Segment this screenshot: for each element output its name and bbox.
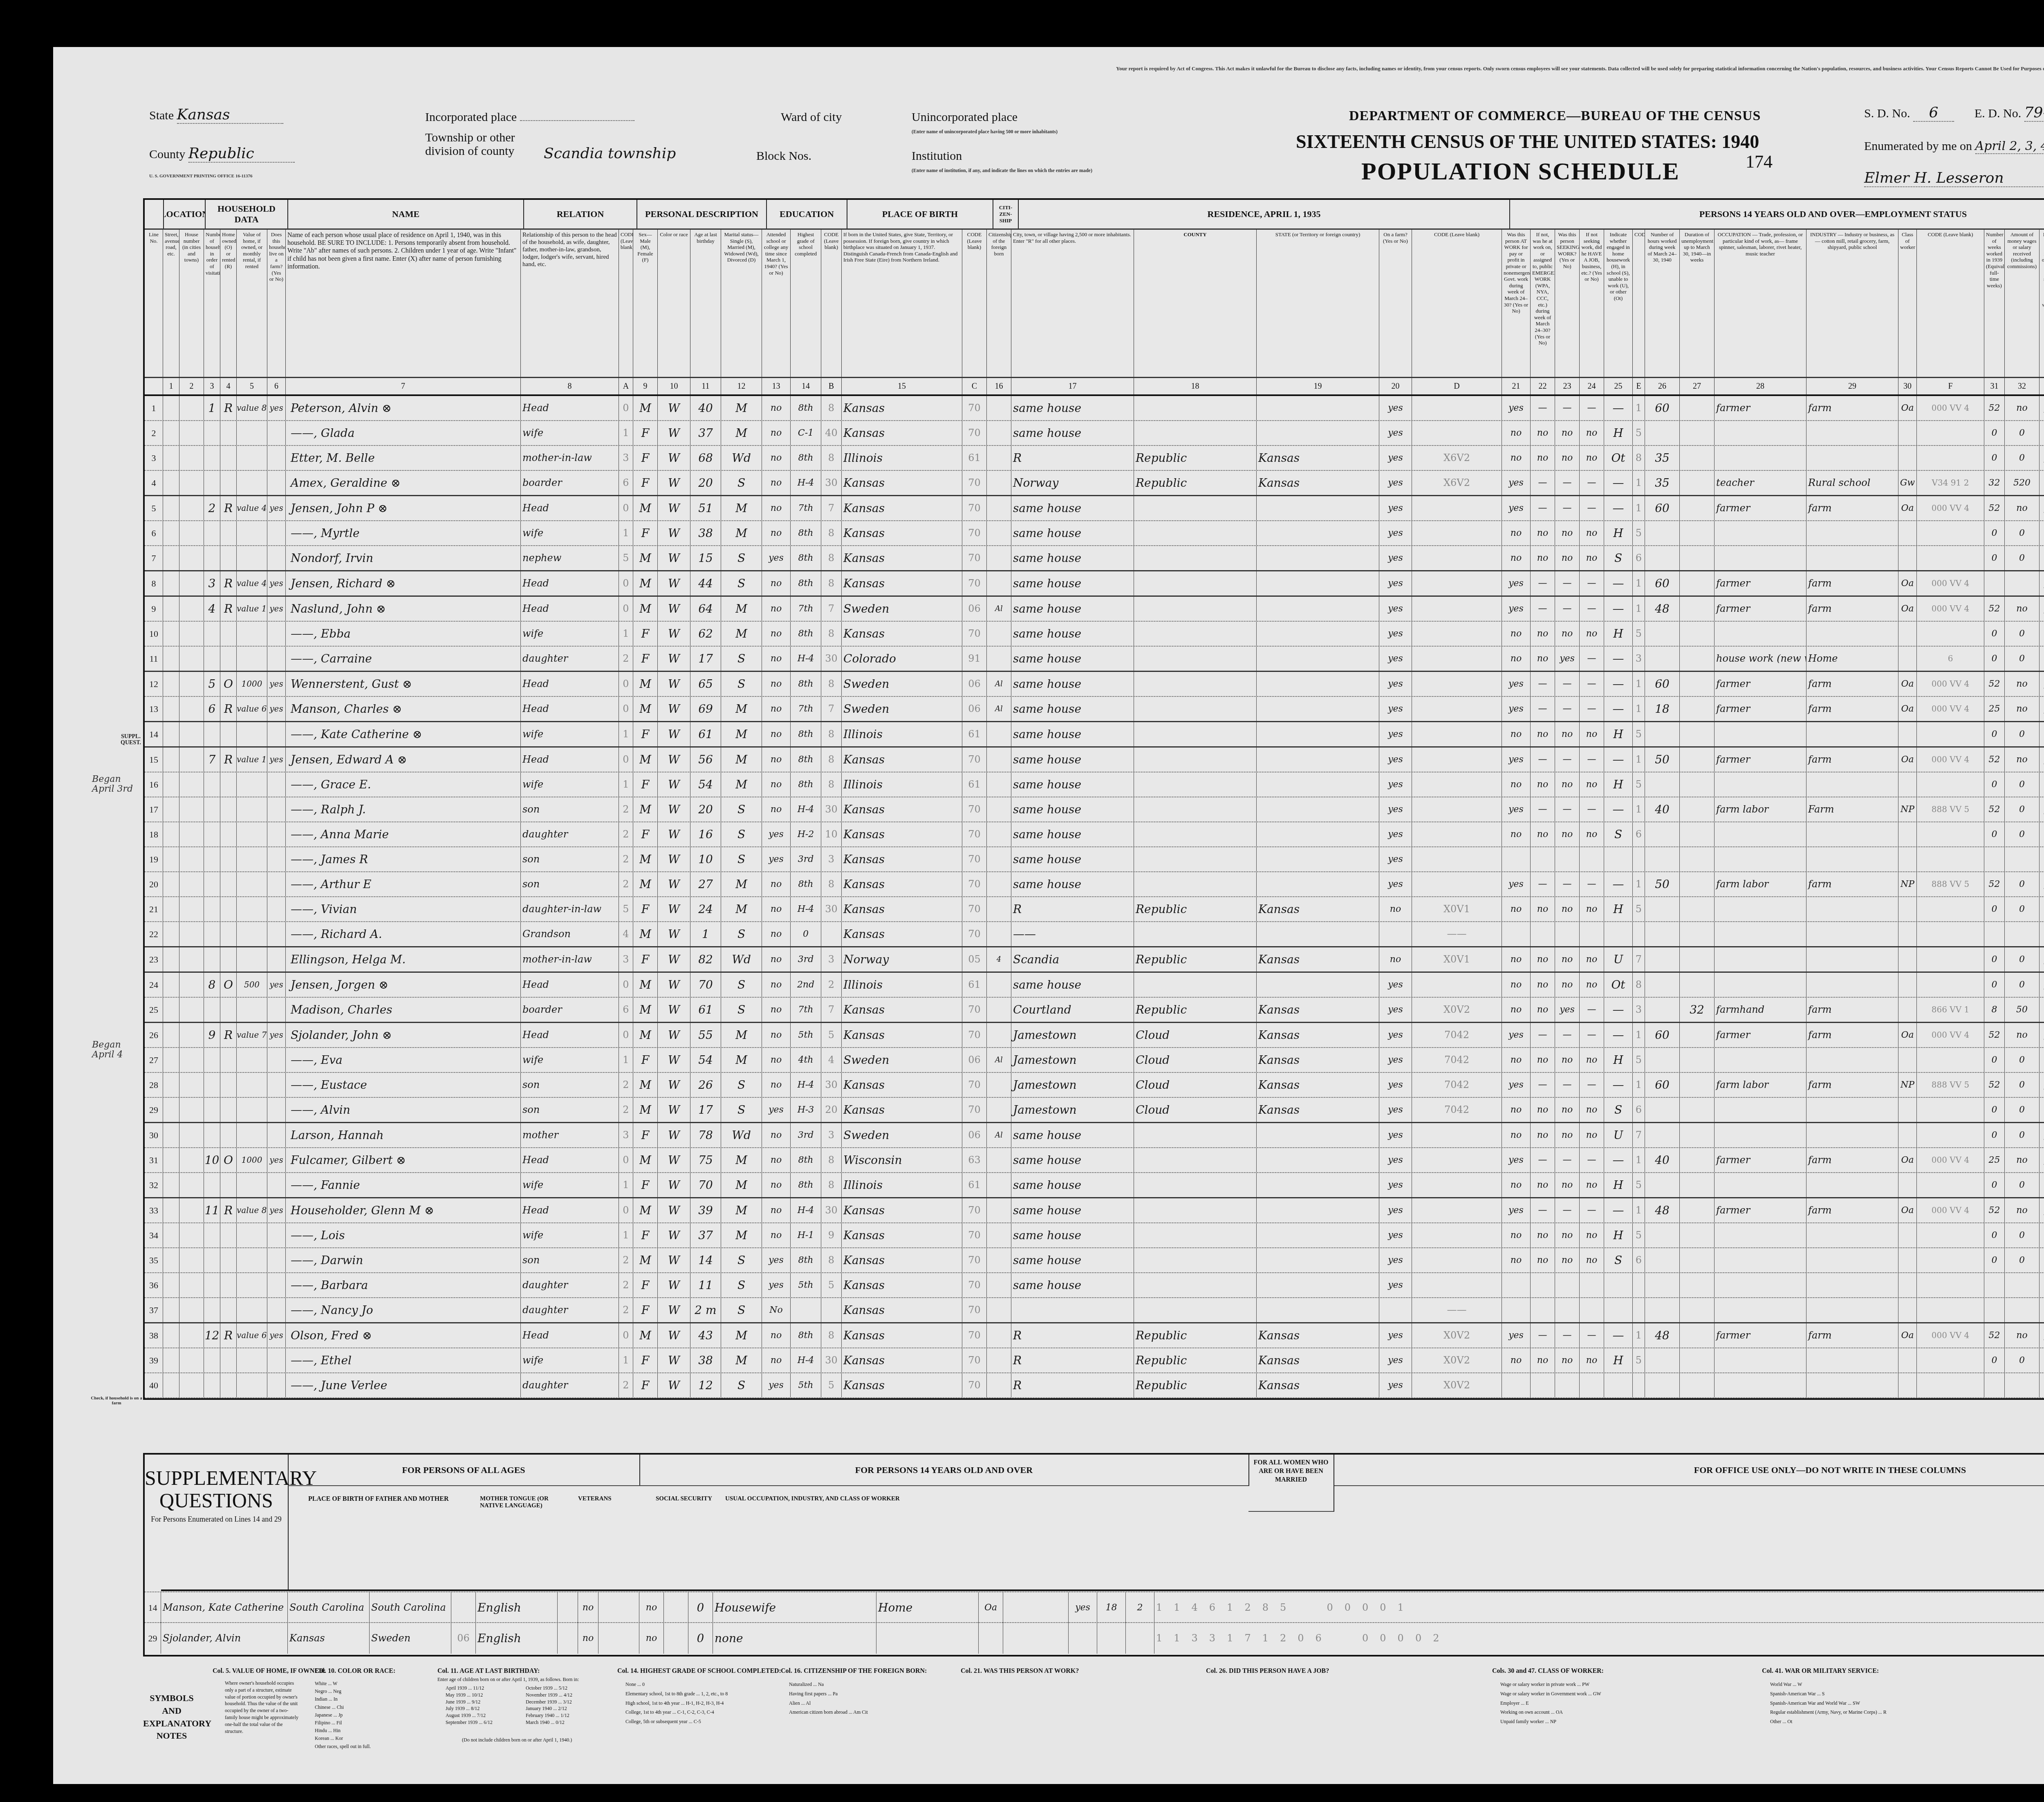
code-e: 1 [1633, 1323, 1645, 1348]
on-farm [267, 1223, 286, 1247]
birthplace: Kansas [842, 421, 962, 445]
schedule-title: POPULATION SCHEDULE [1361, 157, 1680, 186]
wages-1939: 0 [2005, 822, 2040, 846]
class-of-worker [1898, 1348, 1917, 1372]
sex: M [633, 396, 658, 420]
house-number [179, 697, 204, 721]
citizenship [987, 571, 1011, 595]
household-number [204, 622, 220, 646]
wages-1939: no [2005, 597, 2040, 621]
residence-city: same house [1011, 1173, 1134, 1197]
house-number [179, 1098, 204, 1122]
section-14-over: FOR PERSONS 14 YEARS OLD AND OVER [639, 1455, 1249, 1486]
other-income: yes [2040, 697, 2044, 721]
owned-rented [220, 797, 237, 822]
industry: Home [1806, 647, 1898, 671]
home-value: 500 [237, 973, 267, 997]
household-number [204, 1048, 220, 1072]
home-value: value 600 [237, 697, 267, 721]
has-job: — [1580, 872, 1604, 896]
occupation [1715, 722, 1806, 746]
line-number: 19 [145, 847, 163, 871]
table-row: 6 ——, Myrtle wife 1 F W 38 M no 8th 8 Ka… [145, 521, 2044, 546]
line-number: 18 [145, 822, 163, 846]
code-b: 8 [821, 571, 842, 595]
household-number: 12 [204, 1323, 220, 1348]
emergency-work: no [1531, 1248, 1555, 1272]
other-income: yes [2040, 597, 2044, 621]
code-c: 70 [962, 1298, 987, 1322]
supp-name: Manson, Kate Catherine [161, 1592, 288, 1623]
street [163, 1048, 179, 1072]
attended-school: no [762, 496, 791, 520]
highest-grade: H-4 [791, 1348, 821, 1372]
birthplace: Illinois [842, 772, 962, 797]
owned-rented: R [220, 396, 237, 420]
on-farm [267, 772, 286, 797]
code-e: 5 [1633, 897, 1645, 921]
col30-title: Cols. 30 and 47. CLASS OF WORKER: [1492, 1668, 1604, 1675]
code-a: 2 [619, 797, 633, 822]
office-codes: 11461285 00001 [1154, 1592, 2044, 1623]
residence-county: Republic [1134, 1373, 1257, 1397]
code-f [1917, 922, 1984, 946]
residence-city: same house [1011, 1123, 1134, 1147]
residence-city: same house [1011, 1198, 1134, 1222]
code-b: 8 [821, 722, 842, 746]
street [163, 1123, 179, 1147]
marital-status: M [721, 1223, 762, 1247]
industry [1806, 1348, 1898, 1372]
has-job: — [1580, 571, 1604, 595]
code-b: 20 [821, 1098, 842, 1122]
residence-city: R [1011, 1323, 1134, 1348]
line-number: 25 [145, 998, 163, 1022]
col-11: Age at last birthday [690, 230, 721, 377]
relation: son [521, 1248, 619, 1272]
weeks-worked-1939: 52 [1984, 672, 2005, 696]
usual-class: Oa [979, 1592, 1003, 1623]
code-d [1412, 1123, 1502, 1147]
hours-worked [1645, 521, 1680, 545]
race: W [658, 546, 690, 570]
occupation: farmer [1715, 496, 1806, 520]
residence-on-farm: yes [1379, 1073, 1412, 1097]
col41-title: Col. 41. WAR OR MILITARY SERVICE: [1762, 1668, 1879, 1675]
institution-note: (Enter name of institution, if any, and … [912, 168, 1092, 174]
on-farm: yes [267, 1023, 286, 1047]
highest-grade: 8th [791, 748, 821, 772]
occupation: farmer [1715, 396, 1806, 420]
hours-worked [1645, 1373, 1680, 1397]
wages-1939: 520 [2005, 471, 2040, 495]
home-value [237, 1173, 267, 1197]
table-row: 22 ——, Richard A. Grandson 4 M W 1 S no … [145, 922, 2044, 947]
code-a: 3 [619, 1123, 633, 1147]
on-farm [267, 1098, 286, 1122]
attended-school: no [762, 396, 791, 420]
birthplace: Kansas [842, 471, 962, 495]
code-b: 8 [821, 396, 842, 420]
attended-school: no [762, 1048, 791, 1072]
usual-occupation: Housewife [713, 1592, 876, 1623]
weeks-worked-1939: 52 [1984, 1073, 2005, 1097]
code-a: 2 [619, 1298, 633, 1322]
wages-1939: 0 [2005, 446, 2040, 470]
married-more-than-once [1069, 1623, 1097, 1654]
occupation [1715, 922, 1806, 946]
home-value: value 700 [237, 1023, 267, 1047]
citizenship [987, 1323, 1011, 1348]
person-name: ——, Ethel [286, 1348, 521, 1372]
wages-1939: no [2005, 672, 2040, 696]
relation: daughter [521, 1273, 619, 1297]
code-e: 5 [1633, 1223, 1645, 1247]
residence-on-farm: yes [1379, 1148, 1412, 1172]
residence-on-farm: yes [1379, 973, 1412, 997]
birthplace: Kansas [842, 1198, 962, 1222]
activity-code: S [1604, 1098, 1633, 1122]
class-of-worker: Oa [1898, 1148, 1917, 1172]
code-d [1412, 521, 1502, 545]
residence-city: R [1011, 1373, 1134, 1397]
code-c: 70 [962, 396, 987, 420]
seeking-work: — [1555, 748, 1580, 772]
residence-county: Republic [1134, 897, 1257, 921]
race: W [658, 1173, 690, 1197]
highest-grade: 8th [791, 872, 821, 896]
code-f: 6 [1917, 647, 1984, 671]
residence-county [1134, 1273, 1257, 1297]
at-work: yes [1502, 471, 1531, 495]
residence-state: Kansas [1257, 998, 1379, 1022]
at-work: no [1502, 1248, 1531, 1272]
code-a: 1 [619, 1348, 633, 1372]
table-row: 21 ——, Vivian daughter-in-law 5 F W 24 M… [145, 897, 2044, 922]
activity-code: — [1604, 697, 1633, 721]
has-job: no [1580, 421, 1604, 445]
person-name: ——, Myrtle [286, 521, 521, 545]
owned-rented [220, 947, 237, 972]
wages-1939: 0 [2005, 1348, 2040, 1372]
marital-status: M [721, 597, 762, 621]
activity-code: U [1604, 1123, 1633, 1147]
code-f: 000 VV 4 [1917, 1148, 1984, 1172]
code-b: 30 [821, 1073, 842, 1097]
code-f [1917, 822, 1984, 846]
sex: F [633, 772, 658, 797]
sd-label: S. D. No. [1864, 107, 1910, 120]
relation: son [521, 797, 619, 822]
code-c: 70 [962, 797, 987, 822]
marital-status: M [721, 748, 762, 772]
code-e: 1 [1633, 1073, 1645, 1097]
citizenship [987, 647, 1011, 671]
sex: F [633, 1223, 658, 1247]
highest-grade: 8th [791, 1248, 821, 1272]
occupation: house work (new worker) [1715, 647, 1806, 671]
table-row: 13 6 R value 600 yes Manson, Charles ⊗ H… [145, 697, 2044, 722]
seeking-work: — [1555, 597, 1580, 621]
code-a: 3 [619, 947, 633, 972]
code-b: 30 [821, 1198, 842, 1222]
at-work: yes [1502, 797, 1531, 822]
col-26: Number of hours worked during week of Ma… [1645, 230, 1680, 377]
home-value: value 600 [237, 1323, 267, 1348]
stamp-number: 174 [1746, 151, 1773, 172]
code-a: 1 [619, 722, 633, 746]
code-d [1412, 672, 1502, 696]
hours-worked: 60 [1645, 1023, 1680, 1047]
at-work: yes [1502, 1198, 1531, 1222]
industry [1806, 1298, 1898, 1322]
code-d [1412, 697, 1502, 721]
hours-worked [1645, 822, 1680, 846]
code-c: 70 [962, 471, 987, 495]
owned-rented [220, 1298, 237, 1322]
county-value: Republic [188, 145, 295, 163]
line-number: 2 [145, 421, 163, 445]
residence-state [1257, 697, 1379, 721]
other-income: yes [2040, 1123, 2044, 1147]
wages-1939 [2005, 571, 2040, 595]
marital-status: M [721, 1148, 762, 1172]
other-income [2040, 847, 2044, 871]
residence-on-farm: yes [1379, 446, 1412, 470]
age: 26 [690, 1073, 721, 1097]
code-d [1412, 748, 1502, 772]
occupation [1715, 847, 1806, 871]
marital-status: M [721, 496, 762, 520]
activity-code: H [1604, 421, 1633, 445]
code-e: 8 [1633, 973, 1645, 997]
weeks-unemployed [1680, 1048, 1715, 1072]
owned-rented [220, 1123, 237, 1147]
marital-status: S [721, 546, 762, 570]
residence-city: same house [1011, 748, 1134, 772]
code-d [1412, 597, 1502, 621]
code-a: 1 [619, 1223, 633, 1247]
code-d [1412, 1148, 1502, 1172]
home-value: value 450 [237, 496, 267, 520]
relation: daughter [521, 1298, 619, 1322]
confidentiality-notice: Your report is required by Act of Congre… [1116, 65, 2044, 72]
house-number [179, 1048, 204, 1072]
wages-1939 [2005, 922, 2040, 946]
at-work [1502, 847, 1531, 871]
race: W [658, 1123, 690, 1147]
on-farm [267, 1073, 286, 1097]
age: 2 m [690, 1298, 721, 1322]
seeking-work: — [1555, 797, 1580, 822]
residence-county [1134, 647, 1257, 671]
home-value: value 1500 [237, 597, 267, 621]
household-number [204, 722, 220, 746]
other-income: yes [2040, 973, 2044, 997]
seeking-work: no [1555, 1248, 1580, 1272]
at-work: yes [1502, 571, 1531, 595]
home-value [237, 471, 267, 495]
citizenship [987, 872, 1011, 896]
residence-on-farm: yes [1379, 672, 1412, 696]
table-row: 35 ——, Darwin son 2 M W 14 S yes 8th 8 K… [145, 1248, 2044, 1273]
residence-city: Jamestown [1011, 1073, 1134, 1097]
household-number [204, 421, 220, 445]
class-of-worker [1898, 1173, 1917, 1197]
age: 70 [690, 973, 721, 997]
birthplace: Kansas [842, 847, 962, 871]
code-f [1917, 1273, 1984, 1297]
relation: wife [521, 1048, 619, 1072]
enumerator-name: Elmer H. Lesseron [1864, 170, 2044, 187]
at-work: yes [1502, 748, 1531, 772]
occupation: farmer [1715, 597, 1806, 621]
residence-on-farm: yes [1379, 797, 1412, 822]
weeks-worked-1939: 0 [1984, 1098, 2005, 1122]
occupation [1715, 947, 1806, 972]
line-number: 37 [145, 1298, 163, 1322]
house-number [179, 897, 204, 921]
occupation: farm labor [1715, 872, 1806, 896]
has-job: — [1580, 1323, 1604, 1348]
attended-school: no [762, 897, 791, 921]
has-job: — [1580, 797, 1604, 822]
seeking-work [1555, 922, 1580, 946]
code-f: 888 VV 5 [1917, 1073, 1984, 1097]
residence-on-farm: yes [1379, 1348, 1412, 1372]
mother-tongue: English [476, 1592, 558, 1623]
code-d [1412, 1223, 1502, 1247]
person-name: ——, Vivian [286, 897, 521, 921]
owned-rented [220, 421, 237, 445]
code-d [1412, 1173, 1502, 1197]
race: W [658, 922, 690, 946]
has-job: no [1580, 1223, 1604, 1247]
owned-rented: O [220, 973, 237, 997]
household-number: 10 [204, 1148, 220, 1172]
class-of-worker: Oa [1898, 571, 1917, 595]
sex: M [633, 546, 658, 570]
col-e: CODE [1633, 230, 1645, 377]
wages-1939: 0 [2005, 1123, 2040, 1147]
weeks-worked-1939: 0 [1984, 622, 2005, 646]
marital-status: M [721, 396, 762, 420]
line-number: 1 [145, 396, 163, 420]
citizenship [987, 822, 1011, 846]
home-value: 1000 [237, 1148, 267, 1172]
code-f: 000 VV 4 [1917, 697, 1984, 721]
attended-school: no [762, 421, 791, 445]
code-b: 30 [821, 897, 842, 921]
highest-grade: 8th [791, 622, 821, 646]
residence-city: same house [1011, 872, 1134, 896]
other-income: no [2040, 1173, 2044, 1197]
header-usual-occupation: USUAL OCCUPATION, INDUSTRY, AND CLASS OF… [725, 1495, 900, 1502]
seeking-work: yes [1555, 998, 1580, 1022]
seeking-work [1555, 1298, 1580, 1322]
other-income: yes [2040, 1148, 2044, 1172]
citizenship [987, 1098, 1011, 1122]
at-work [1502, 1273, 1531, 1297]
code-f [1917, 546, 1984, 570]
home-value: value 400 [237, 571, 267, 595]
household-number: 3 [204, 571, 220, 595]
hours-worked: 50 [1645, 872, 1680, 896]
industry [1806, 521, 1898, 545]
hours-worked: 60 [1645, 672, 1680, 696]
industry [1806, 546, 1898, 570]
group-location: LOCATION [164, 200, 206, 228]
citizenship [987, 1223, 1011, 1247]
class-of-worker [1898, 922, 1917, 946]
highest-grade: H-1 [791, 1223, 821, 1247]
relation: wife [521, 421, 619, 445]
ed-label: E. D. No. [1975, 107, 2021, 120]
on-farm [267, 1373, 286, 1397]
street [163, 647, 179, 671]
weeks-worked-1939: 0 [1984, 1173, 2005, 1197]
emergency-work [1531, 847, 1555, 871]
col-20: On a farm? (Yes or No) [1379, 230, 1412, 377]
table-row: 34 ——, Lois wife 1 F W 37 M no H-1 9 Kan… [145, 1223, 2044, 1248]
header-parent-birthplace: PLACE OF BIRTH OF FATHER AND MOTHER [308, 1495, 448, 1503]
emergency-work: — [1531, 1073, 1555, 1097]
race: W [658, 1323, 690, 1348]
attended-school: no [762, 471, 791, 495]
code-f [1917, 1223, 1984, 1247]
code-b: 7 [821, 998, 842, 1022]
code-c: 70 [962, 1023, 987, 1047]
activity-code: S [1604, 822, 1633, 846]
highest-grade: H-4 [791, 647, 821, 671]
wages-1939: 0 [2005, 722, 2040, 746]
emergency-work [1531, 1273, 1555, 1297]
code-f [1917, 1248, 1984, 1272]
col-10: Color or race [658, 230, 690, 377]
industry: farm [1806, 998, 1898, 1022]
code-a: 0 [619, 597, 633, 621]
line-number: 10 [145, 622, 163, 646]
activity-code: — [1604, 1073, 1633, 1097]
age: 43 [690, 1323, 721, 1348]
highest-grade: 8th [791, 672, 821, 696]
code-c: 70 [962, 496, 987, 520]
weeks-worked-1939 [1984, 1273, 2005, 1297]
weeks-worked-1939: 0 [1984, 521, 2005, 545]
marital-status: S [721, 471, 762, 495]
code-f: 000 VV 4 [1917, 1198, 1984, 1222]
birthplace: Kansas [842, 521, 962, 545]
sex: M [633, 748, 658, 772]
industry: farm [1806, 1073, 1898, 1097]
code-d [1412, 722, 1502, 746]
code-a: 2 [619, 1073, 633, 1097]
house-number [179, 973, 204, 997]
person-name: Wennerstent, Gust ⊗ [286, 672, 521, 696]
attended-school: no [762, 998, 791, 1022]
birthplace: Illinois [842, 973, 962, 997]
code-b: 2 [821, 973, 842, 997]
hours-worked [1645, 421, 1680, 445]
at-work: yes [1502, 1323, 1531, 1348]
attended-school: no [762, 748, 791, 772]
house-number [179, 1273, 204, 1297]
sd-value: 6 [1913, 104, 1954, 122]
owned-rented [220, 772, 237, 797]
has-job: — [1580, 496, 1604, 520]
marital-status: S [721, 1373, 762, 1397]
industry [1806, 446, 1898, 470]
